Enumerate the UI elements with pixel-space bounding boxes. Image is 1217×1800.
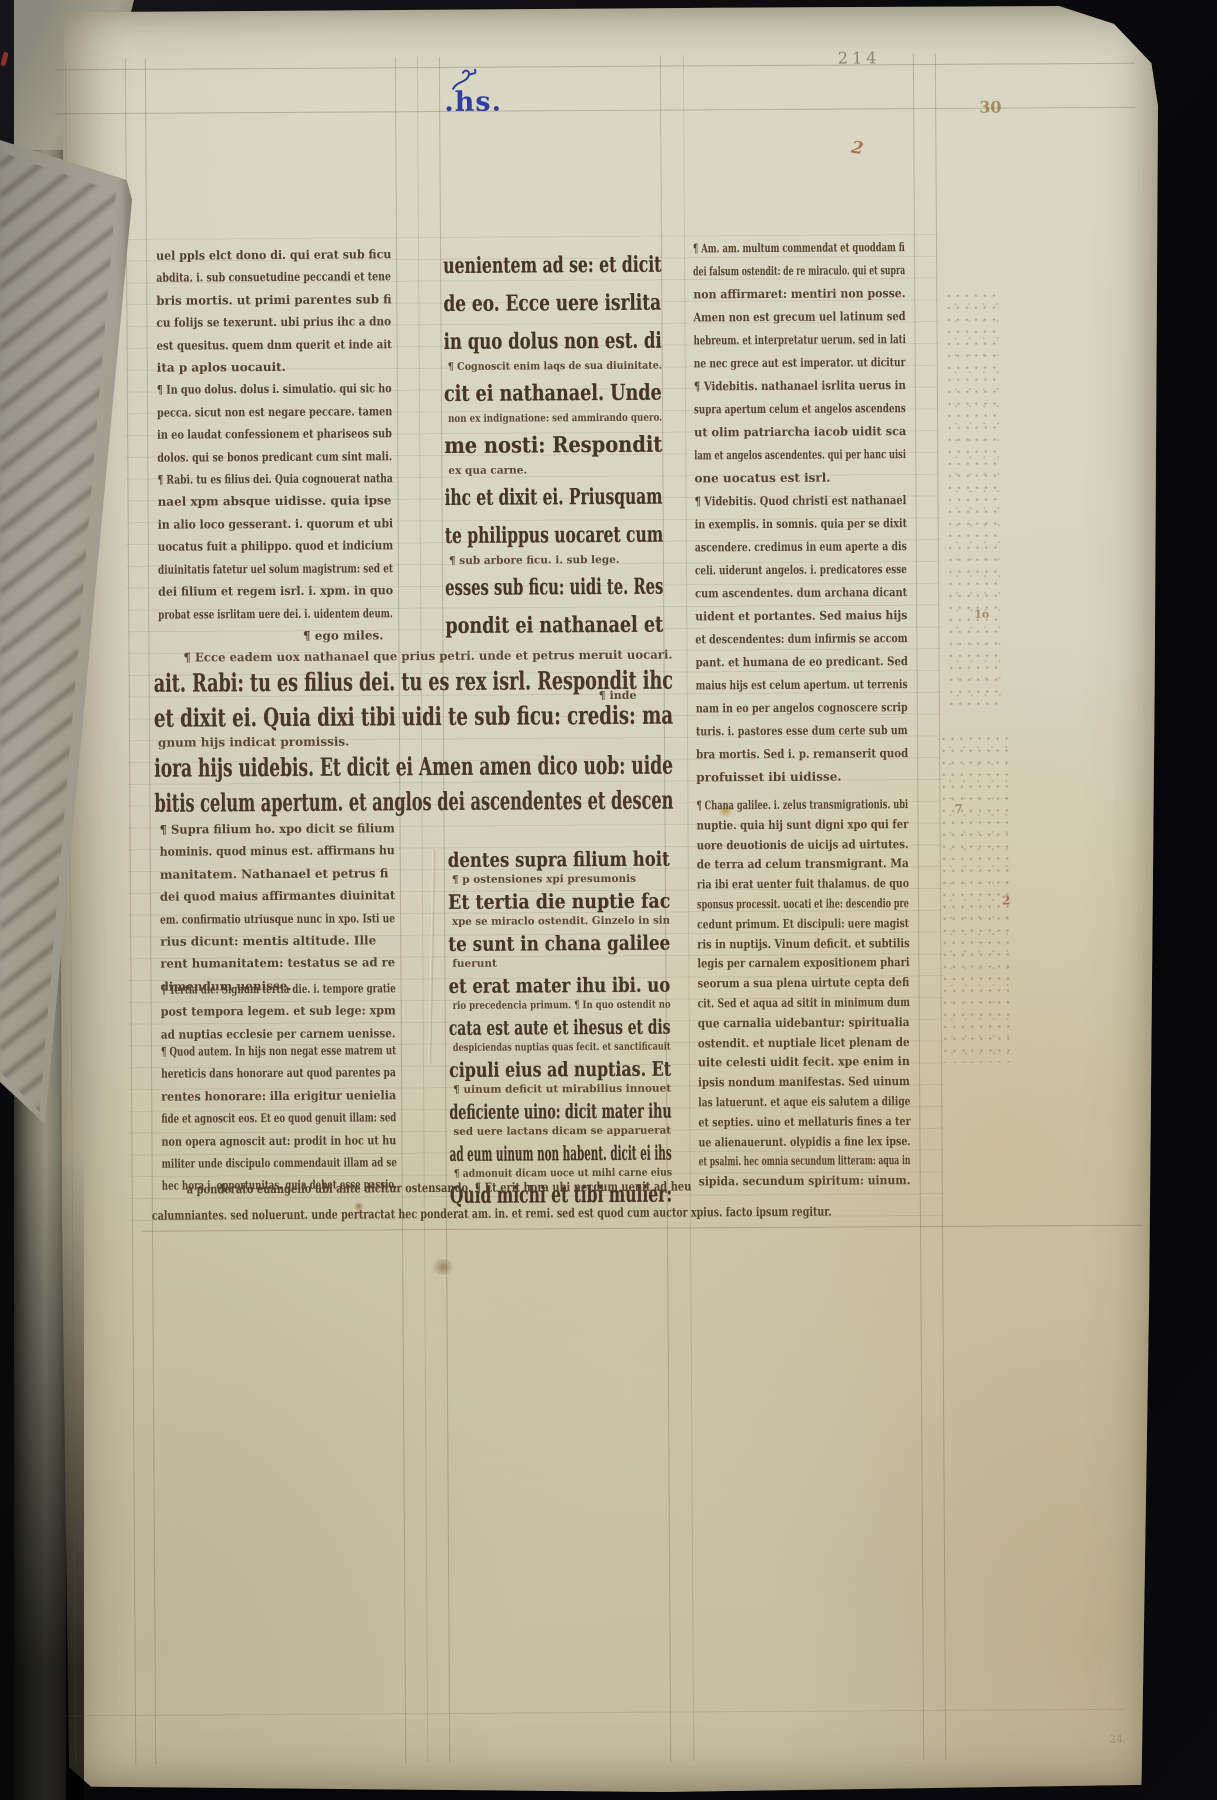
gloss-line: calumniantes. sed noluerunt. unde pertra…	[152, 1202, 669, 1227]
bible-text-line: non ex indignatione: sed ammirando quero…	[448, 412, 626, 425]
gloss-line: ¶ Videbitis. Quod christi est nathanael	[694, 489, 868, 513]
bible-text-line: despiciendas nuptias quas fecit. et sanc…	[453, 1041, 622, 1054]
gloss-line: ¶ Tertia die. Signum tertia die. i. temp…	[160, 978, 331, 1001]
bible-text-line: ex qua carne.	[448, 464, 662, 477]
bible-text-line: me nosti: Respondit	[444, 426, 637, 465]
left-gloss-column-lower-c: ¶ Quod autem. In hijs non negat esse mat…	[161, 1039, 397, 1197]
bible-text-line: cipuli eius ad nuptias. Et	[449, 1055, 625, 1084]
manuscript-photo: { "page": { "header_monogram": ".hs.", "…	[0, 0, 1217, 1800]
gloss-line: sponsus processit. uocati et ihe: descen…	[697, 895, 840, 916]
bible-text-line: dentes supra filium hoit	[448, 845, 631, 874]
gloss-line: uore deuotionis de uicijs ad uirtutes.	[697, 835, 878, 856]
gloss-line: ¶ Rabi. tu es filius dei. Quia cognouera…	[157, 468, 336, 491]
gloss-line: uocatus fuit a philippo. quod et indiciu…	[158, 535, 359, 559]
quire-mark: 30	[979, 98, 1001, 117]
margin-red-numeral: 2	[1002, 893, 1010, 907]
gloss-line: ita p aplos uocauit.	[157, 355, 392, 379]
ink-speckle-strip	[944, 290, 1001, 710]
stain-spot	[430, 1259, 456, 1275]
gloss-line: legis per carnalem expositionem phari	[697, 954, 871, 975]
gloss-line: uident et portantes. Sed maius hijs	[695, 604, 886, 628]
gloss-line: ¶ ego miles.	[158, 624, 393, 648]
gloss-line: pant. et humana de eo predicant. Sed	[695, 650, 873, 674]
page-content: .hs. 214 30 2 1o 7 2 24 uel ppls elct do…	[0, 0, 1217, 1800]
bible-text-line: ¶ Cognoscit enim laqs de sua diuinitate.	[448, 360, 642, 373]
gloss-line: militer unde discipulo commendauit illam…	[162, 1152, 334, 1175]
gloss-line: uite celesti uidit fecit. xpe enim in	[698, 1053, 892, 1074]
gloss-line: hereticis dans honorare aut quod parente…	[161, 1062, 340, 1086]
bottom-gloss-line: calumniantes. sed noluerunt. unde pertra…	[152, 1201, 832, 1227]
bottom-gloss-line: a ponderato euangelio ubi ante dicitur o…	[187, 1175, 692, 1200]
gloss-line: rentes honorare: illa erigitur uenielia	[161, 1084, 379, 1108]
gloss-line: ¶ Videbitis. nathanael isrlita uerus in	[694, 374, 873, 398]
left-gloss-column-lower-a: ¶ Supra filium ho. xpo dicit se filiumho…	[159, 817, 395, 998]
bible-text-column-lower: dentes supra filium hoit¶ p ostensiones …	[448, 845, 672, 1210]
gloss-line: cum ascendentes. dum archana dicant	[695, 581, 869, 605]
gloss-line: ipsis nondum manifestas. Sed uinum	[698, 1072, 879, 1093]
bible-text-line: Et tertia die nuptie fac	[448, 887, 641, 916]
gloss-line: dolos. qui se bonos predicant cum sint m…	[157, 445, 342, 469]
gloss-line: dei falsum ostendit: de re miraculo. qui…	[693, 260, 831, 284]
bible-text-line: ¶ uinum deficit ut mirabilius innouet	[453, 1083, 671, 1096]
gloss-line: ut olim patriarcha iacob uidit sca	[694, 420, 894, 444]
bible-text-line: deficiente uino: dicit mater ihu	[449, 1097, 590, 1126]
gloss-line: one uocatus est isrl.	[694, 466, 906, 490]
gloss-line: hominis. quod minus est. affirmans hu	[160, 840, 373, 864]
bible-text-line: uenientem ad se: et dicit	[443, 246, 599, 285]
gloss-line: probat esse isrlitam uere dei. i. uident…	[158, 602, 328, 625]
bible-text-line: cit ei nathanael. Unde	[444, 374, 618, 413]
ruling-lines	[0, 0, 1211, 4]
gloss-line: uel ppls elct dono di. qui erat sub ficu	[156, 243, 373, 267]
gloss-line: in exemplis. in somnis. quia per se dixi…	[695, 512, 863, 536]
left-gloss-column-upper: uel ppls elct dono di. qui erat sub ficu…	[156, 243, 393, 648]
bible-text-line: te sunt in chana galilee	[448, 929, 635, 958]
gloss-line: ris in nuptijs. Vinum deficit. et subtil…	[697, 934, 870, 955]
margin-mark: 1o	[974, 608, 989, 621]
gloss-line: et septies. uino et mellaturis fines a t…	[698, 1112, 868, 1133]
gloss-line: Amen non est grecum uel latinum sed	[693, 305, 869, 329]
bottom-corner-mark: 24	[1109, 1733, 1123, 1746]
bible-text-line: de eo. Ecce uere isrlita	[443, 284, 611, 323]
gloss-line: cedunt primum. Et discipuli: uere magist	[697, 914, 859, 935]
right-gloss-column-upper: ¶ Am. am. multum commendat et quoddam fi…	[693, 236, 908, 789]
gloss-line: profuisset ibi uidisse.	[696, 765, 908, 789]
gloss-line: nael xpm absque uidisse. quia ipse	[157, 490, 392, 514]
gloss-line: lam et angelos ascendentes. qui per hanc…	[694, 444, 840, 468]
bible-text-line: bitis celum apertum. et anglos dei ascen…	[154, 784, 489, 821]
bible-text-line: cata est aute et ihesus et dis	[449, 1013, 603, 1042]
gloss-line: de terra ad celum transmigrant. Ma	[697, 855, 883, 876]
right-gloss-column-lower: ¶ Chana galilee. i. zelus transmigration…	[696, 795, 910, 1192]
gloss-line: rent humanitatem: testatus se ad re	[160, 952, 387, 976]
gloss-line: sipida. secundum spiritum: uinum.	[699, 1171, 890, 1192]
gloss-line: est quesitus. quem dnm querit et inde ai…	[157, 333, 355, 357]
gloss-line: celi. uiderunt angelos. i. predicatores …	[695, 558, 852, 582]
bible-text-line: in quo dolus non est. di	[443, 322, 607, 361]
gloss-line: non affirmaret: mentiri non posse.	[693, 282, 887, 306]
gloss-line: cit. Sed et aqua ad sitit in minimum dum	[698, 993, 861, 1014]
bible-text-full-width: ¶ Ecce eadem uox nathanael que prius pet…	[153, 648, 673, 821]
gloss-line: nuptie. quia hij sunt digni xpo qui fer	[696, 815, 874, 836]
gloss-line: ostendit. et nuptiale licet plenam de	[698, 1033, 882, 1054]
gloss-line: ue alienauerunt. olypidis a fine lex ips…	[698, 1132, 866, 1153]
gloss-line: em. confirmatio utriusque nunc in xpo. I…	[160, 907, 338, 930]
bible-text-line: ad eum uinum non habent. dicit ei ihs	[449, 1139, 564, 1168]
gloss-line: et descendentes: dum infirmis se accom	[695, 627, 862, 651]
bible-text-line: xpe se miraclo ostendit. Ginzelo in sin	[452, 915, 663, 928]
folio-number-pencil: 214	[838, 48, 881, 67]
gloss-line: in eo laudat confessionem et phariseos s…	[157, 423, 347, 447]
gloss-line: fide et agnoscit eos. Et eo quod genuit …	[161, 1107, 330, 1130]
gloss-line: manitatem. Nathanael et petrus fi	[160, 862, 395, 886]
gloss-line: in alio loco gesserant. i. quorum et ubi	[158, 512, 370, 536]
gloss-line: nam in eo per angelos cognoscere scrip	[696, 696, 864, 720]
gloss-line: supra apertum celum et angelos ascendens	[694, 397, 848, 421]
bible-text-line: iora hijs uidebis. Et dicit ei Amen amen…	[154, 750, 508, 787]
gloss-line: seorum a sua plena uirtute cepta defi	[697, 973, 875, 994]
gloss-line: ne nec grece aut est imperator. ut dicit…	[694, 351, 855, 375]
gloss-line: ¶ Supra filium ho. xpo dicit se filium	[159, 817, 385, 841]
gloss-line: bris mortis. ut primi parentes sub fi	[156, 288, 385, 312]
gloss-line: hebreum. et interpretatur uerum. sed in …	[694, 328, 845, 352]
red-margin-squiggle: 2	[850, 138, 865, 160]
gloss-line: dei filium et regem isrl. i. xpm. in quo	[158, 579, 375, 603]
bible-text-line: sed uere lactans dicam se apparuerat	[453, 1125, 668, 1138]
gloss-line: et psalmi. hec omnia secundum litteram: …	[699, 1152, 835, 1173]
ihs-monogram: .hs.	[403, 86, 543, 118]
left-gloss-column-lower-b: ¶ Tertia die. Signum tertia die. i. temp…	[160, 977, 395, 1046]
bible-text-line: ihc et dixit ei. Priusquam	[444, 478, 597, 517]
gloss-line: abdita. i. sub consuetudine peccandi et …	[156, 266, 341, 290]
gloss-line: a ponderato euangelio ubi ante dicitur o…	[187, 1176, 587, 1200]
gloss-line: bra mortis. Sed i. p. remanserit quod	[696, 742, 877, 766]
bible-text-column-upper: uenientem ad se: et dicitde eo. Ecce uer…	[443, 246, 663, 645]
gloss-line: non opera agnoscit aut: prodit in hoc ut…	[161, 1129, 351, 1153]
bible-text-line: ¶ p ostensiones xpi presumonis	[452, 873, 670, 886]
gloss-line: que carnalia uidebantur: spiritualia	[698, 1013, 885, 1034]
gloss-line: post tempora legem. et sub lege: xpm	[161, 1000, 379, 1024]
bible-text-line: esses sub ficu: uidi te. Res	[445, 568, 591, 607]
bible-text-line: ait. Rabi: tu es filius dei. tu es rex i…	[154, 664, 519, 701]
gloss-line: ¶ Am. am. multum commendat et quoddam fi	[693, 237, 841, 261]
gloss-line: pecca. sicut non est negare peccare. tam…	[157, 400, 347, 424]
bible-text-line: et dixit ei. Quia dixi tibi uidi te sub …	[154, 699, 531, 736]
gloss-line: diuinitatis fatetur uel solum magistrum:…	[158, 557, 332, 580]
bible-text-line: fuerunt	[452, 957, 670, 970]
bible-text-line: te philippus uocaret cum	[445, 516, 599, 555]
bible-text-line: rio precedencia primum. ¶ In quo ostendi…	[453, 999, 630, 1012]
bible-text-line: pondit ei nathanael et	[445, 606, 619, 645]
bible-text-line: ¶ sub arbore ficu. i. sub lege.	[449, 554, 663, 567]
gloss-line: ¶ Quod autem. In hijs non negat esse mat…	[161, 1040, 331, 1063]
interlinear-note: ¶ inde	[599, 690, 637, 702]
gloss-line: dei quod maius affirmantes diuinitat	[160, 885, 384, 909]
bible-text-line: et erat mater ihu ibi. uo	[448, 971, 631, 1000]
gloss-line: ¶ In quo dolus. dolus i. simulatio. qui …	[157, 378, 344, 402]
margin-et-mark: 7	[954, 802, 962, 816]
gloss-line: turis. i. pastores esse dum certe sub um	[696, 719, 863, 743]
gloss-line: las latuerunt. et aque eis salutem a dil…	[698, 1092, 859, 1113]
gloss-line: cu folijs se texerunt. ubi prius ihc a d…	[156, 311, 361, 335]
gloss-line: maius hijs est celum apertum. ut terreni…	[696, 673, 857, 697]
gloss-line: rius dicunt: mentis altitude. Ille	[160, 929, 395, 953]
gloss-line: ¶ Chana galilee. i. zelus transmigration…	[696, 796, 843, 817]
bible-text-line: ¶ Ecce eadem uox nathanael que prius pet…	[183, 648, 658, 665]
gloss-line: ria ibi erat uenter fuit thalamus. de qu…	[697, 875, 864, 896]
gloss-line: ascendere. credimus in eum aperte a dis	[695, 535, 860, 559]
